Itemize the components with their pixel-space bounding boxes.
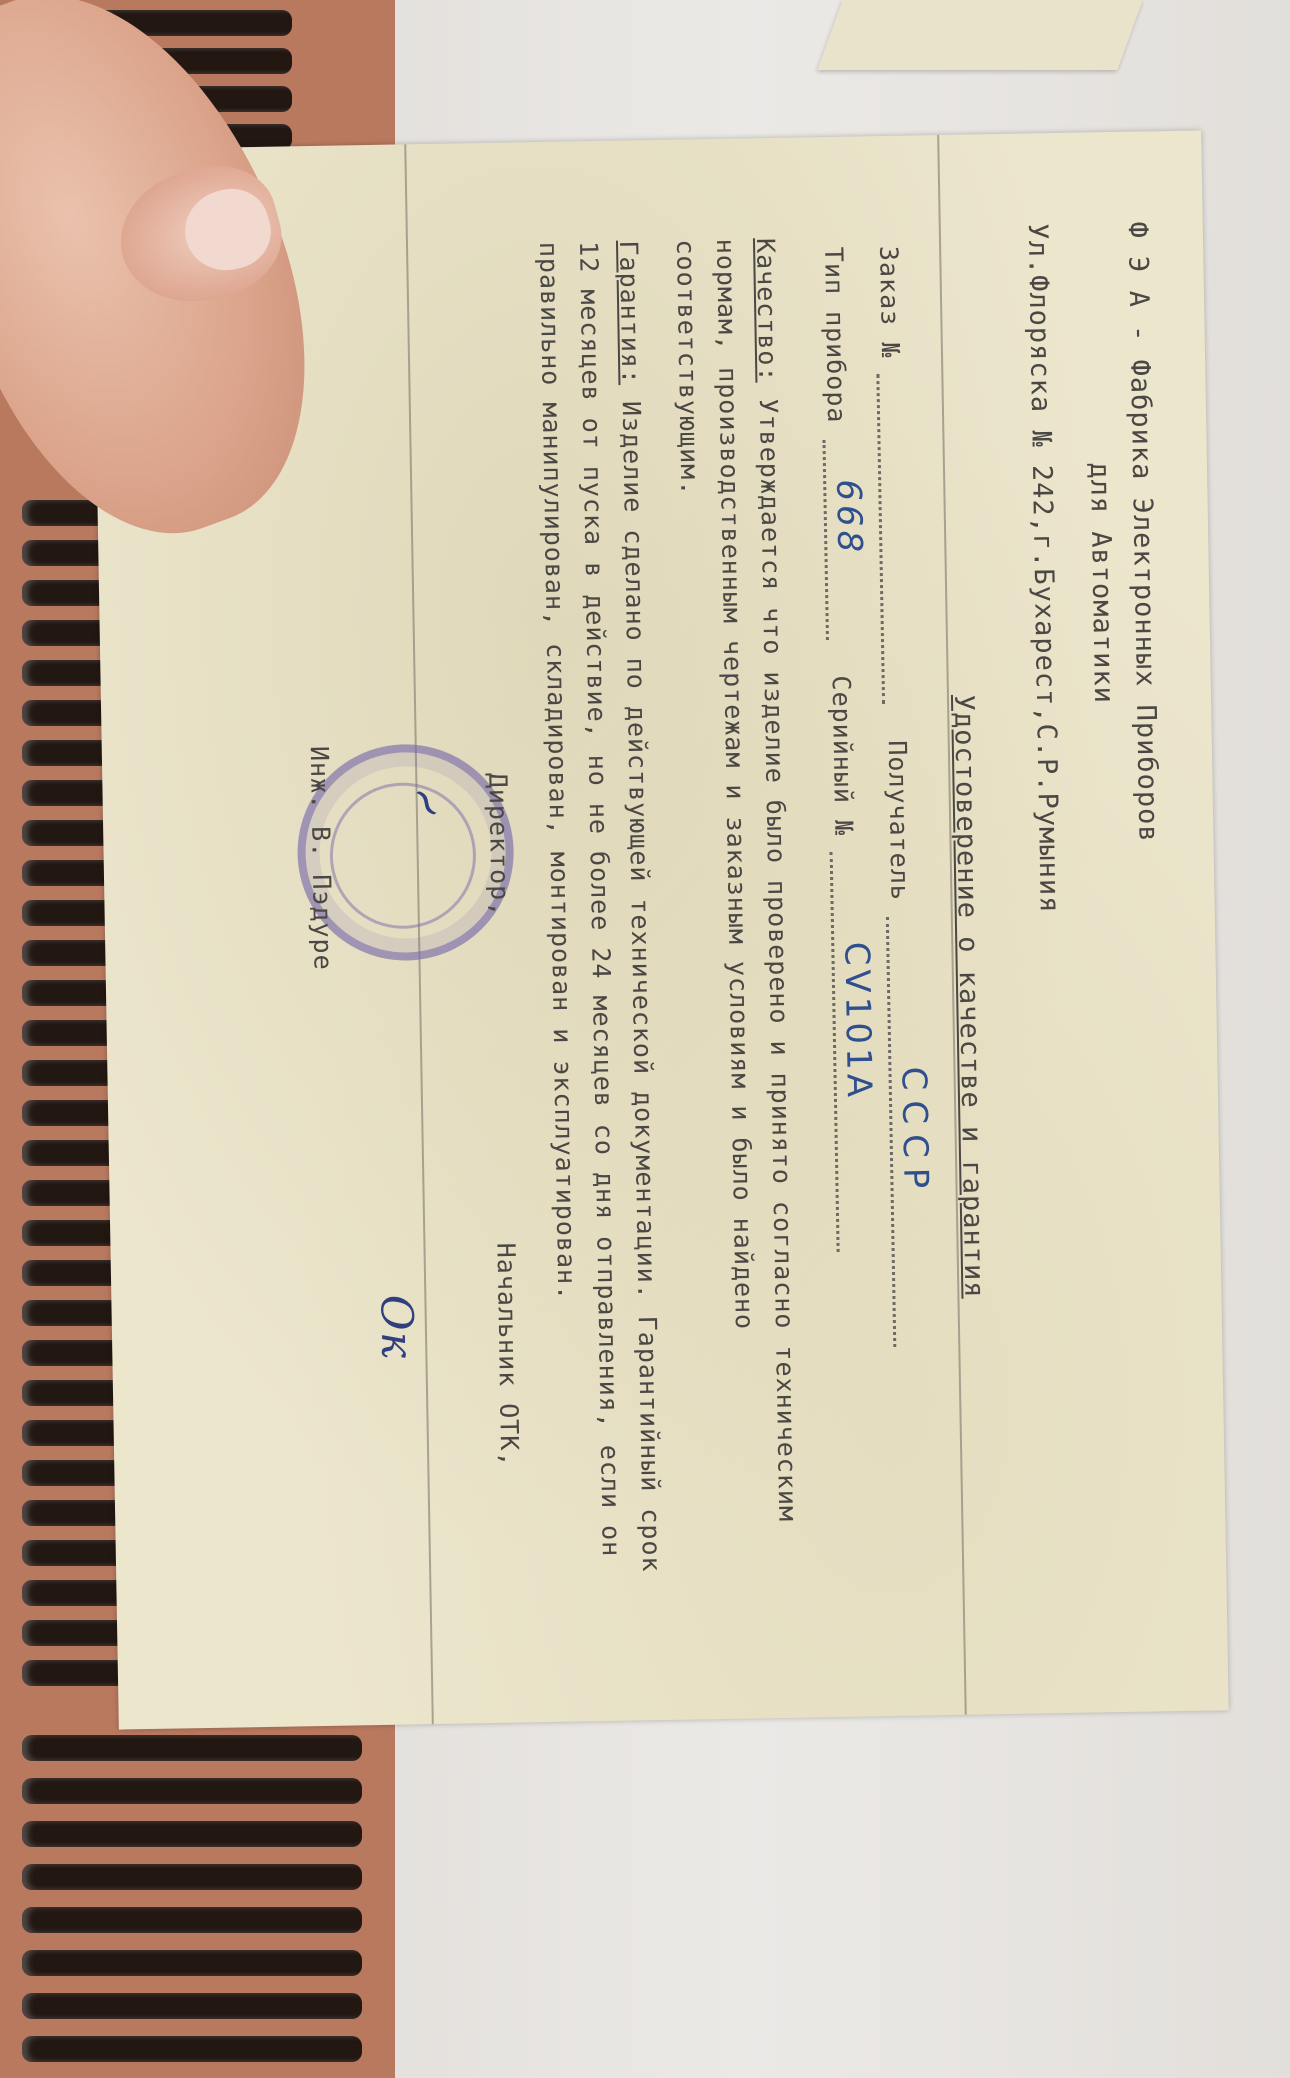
- header-company-name: Ф Э А - Фабрика Электронных Приборов: [1122, 221, 1164, 843]
- quality-text: Утверждается что изделие было проверено …: [671, 238, 802, 1522]
- recipient-label: Получатель: [883, 740, 915, 901]
- director-title: Директор,: [483, 773, 515, 918]
- device-serial-row: Тип прибора 668 Серийный № CV101A: [819, 247, 866, 1253]
- document-title: Удостоверение о качестве и гарантия: [948, 694, 990, 1298]
- device-type-label: Тип прибора: [819, 247, 851, 424]
- otk-chief-title: Начальник ОТК,: [491, 1242, 524, 1467]
- device-type-field: 668: [822, 439, 848, 639]
- recipient-value: СССР: [893, 1066, 935, 1198]
- guarantee-section: Гарантия: Изделие сделано по действующей…: [528, 240, 672, 1592]
- serial-field: CV101A: [830, 852, 860, 1252]
- background-paper-corner: [817, 0, 1142, 70]
- guarantee-label: Гарантия:: [614, 240, 646, 385]
- order-recipient-row: Заказ № Получатель СССР: [874, 246, 922, 1347]
- otk-signature: Ок: [370, 1294, 422, 1359]
- guarantee-text: Изделие сделано по действующей техническ…: [534, 241, 666, 1573]
- serial-value: CV101A: [836, 942, 879, 1102]
- serial-label: Серийный №: [827, 675, 859, 836]
- recipient-field: СССР: [886, 917, 917, 1347]
- quality-section: Качество: Утверждается что изделие было …: [665, 238, 809, 1590]
- director-name: Инж. В. Пэдуре: [305, 746, 338, 971]
- device-type-value: 668: [828, 479, 869, 557]
- header-company-subtitle: для Автоматики: [1084, 462, 1119, 704]
- order-label: Заказ №: [874, 246, 905, 359]
- quality-label: Качество:: [751, 238, 783, 383]
- header-address: Ул.Флоряска № 242,г.Бухарест,С.Р.Румыния: [1022, 223, 1065, 914]
- order-field: [876, 374, 905, 704]
